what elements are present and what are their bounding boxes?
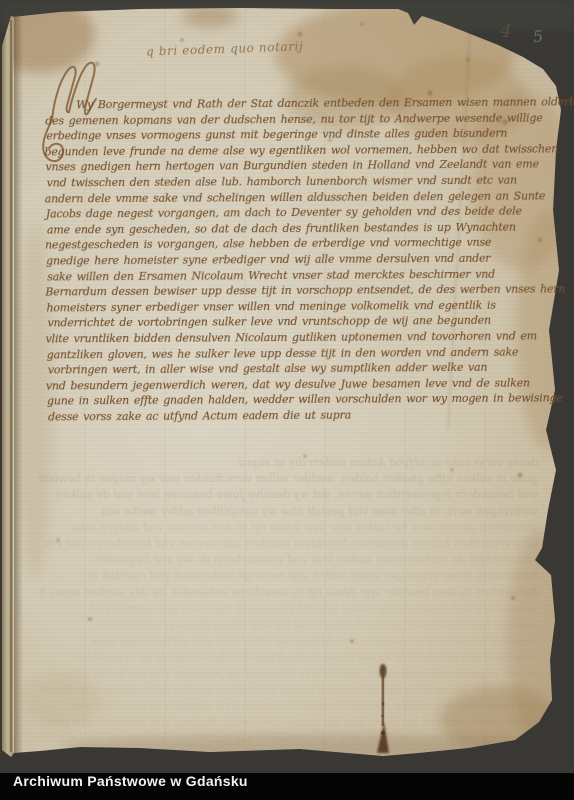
manuscript-line: vnd besundern jegenwerdich weren, dat wy… [46,376,530,392]
manuscript-line: erbedinge vnses vormogens gunst mit bege… [46,127,507,143]
manuscript-line: des gemenen kopmans van der dudschen hen… [45,111,542,127]
manuscript-line: vlite vruntliken bidden densulven Nicola… [46,329,537,345]
folio-number-blue: 5 [532,27,544,47]
manuscript-line: Bernardum dessen bewiser upp desse tijt … [45,282,565,298]
manuscript-text-block: Wy Borgermeyst vnd Rath der Stat danczik… [0,0,574,800]
manuscript-line: gnedige here homeister syne erbediger vn… [46,252,490,268]
manuscript-line: ame ende syn gescheden, so dat de dach d… [47,220,516,236]
manuscript-line: homeisters syner erbediger vnser willen … [46,299,495,315]
archive-watermark-band: Archiwum Państwowe w Gdańsku [0,773,574,800]
manuscript-scan: desse vorss zake ac utfynd Actum eadem d… [0,0,574,800]
manuscript-line: Wy Borgermeyst vnd Rath der Stat danczik… [76,95,574,111]
manuscript-line: sake willen den Ersamen Nicolaum Wrecht … [47,267,495,283]
manuscript-line: vnderrichtet de vortobringen sulker leve… [47,314,490,330]
manuscript-line: Jacobs dage negest vorgangen, am dach to… [46,205,522,221]
manuscript-line: desse vorss zake ac utfynd Actum eadem d… [48,409,351,424]
manuscript-line: andern dele vmme sake vnd schelingen wil… [45,189,546,205]
manuscript-line: negestgescheden is vorgangen, alse hebbe… [45,236,491,252]
archive-watermark-label: Archiwum Państwowe w Gdańsku [13,773,248,800]
manuscript-line: vnses gnedigen hern hertogen van Burgund… [46,158,539,174]
manuscript-line: gune in sulken effte gnaden halden, wedd… [47,392,563,408]
manuscript-line: gantzliken gloven, wes he sulker leve up… [47,345,519,361]
manuscript-line: vnd twisschen den steden alse lub. hambo… [47,174,517,190]
folio-number-pencil: 4 [499,19,513,42]
manuscript-line: begunden leve frunde na deme alse wy ege… [44,142,558,158]
manuscript-line: vorbringen wert, in aller wise vnd gesta… [48,361,488,377]
